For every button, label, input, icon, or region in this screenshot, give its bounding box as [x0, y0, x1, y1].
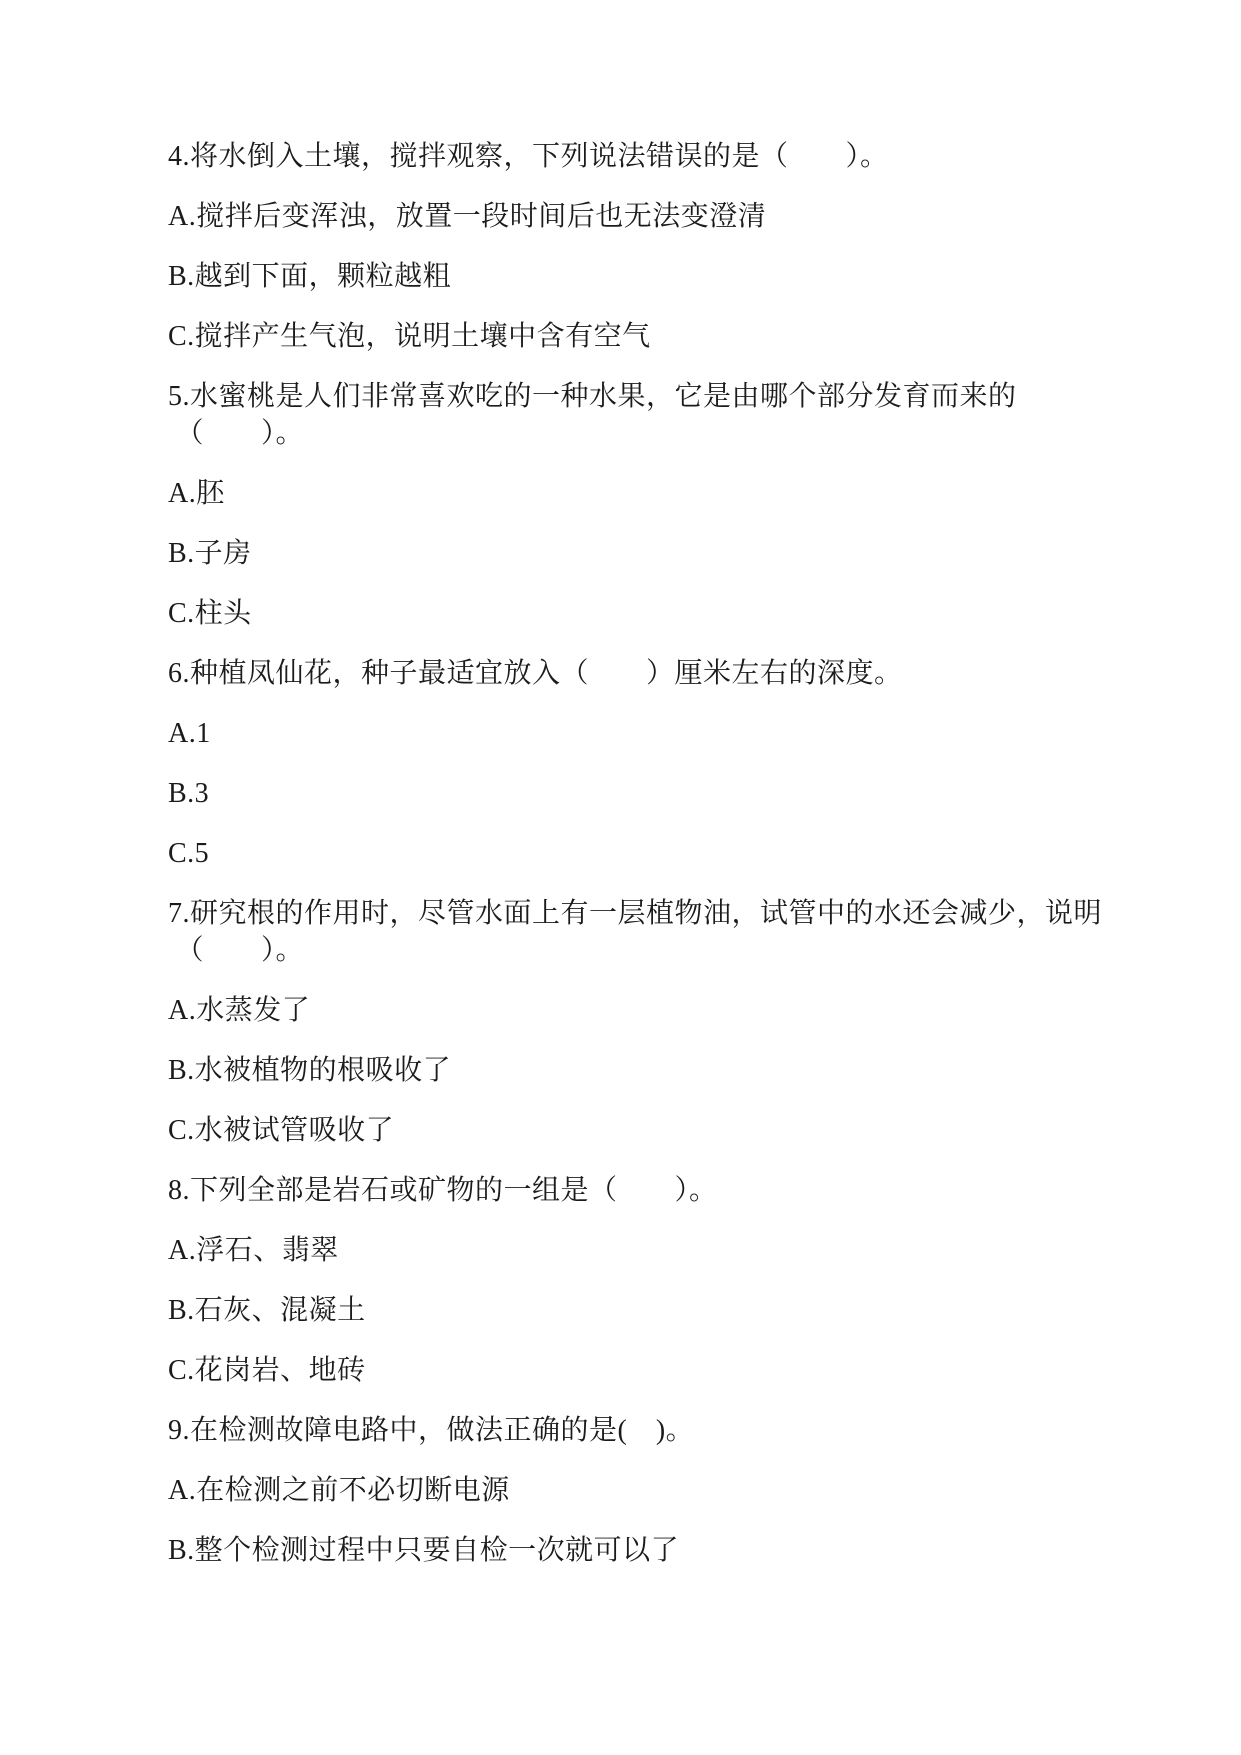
question-5-text: 5.水蜜桃是人们非常喜欢吃的一种水果，它是由哪个部分发育而来的 （ ）。: [168, 378, 1121, 452]
question-4-option-c: C.搅拌产生气泡，说明土壤中含有空气: [168, 318, 1121, 355]
question-4-option-b: B.越到下面，颗粒越粗: [168, 258, 1121, 295]
question-5-option-a: A.胚: [168, 475, 1121, 512]
question-8-option-b: B.石灰、混凝土: [168, 1292, 1121, 1329]
question-8-text: 8.下列全部是岩石或矿物的一组是（ ）。: [168, 1172, 1121, 1209]
question-9: 9.在检测故障电路中，做法正确的是( )。 A.在检测之前不必切断电源 B.整个…: [168, 1412, 1121, 1569]
question-5: 5.水蜜桃是人们非常喜欢吃的一种水果，它是由哪个部分发育而来的 （ ）。 A.胚…: [168, 378, 1121, 632]
question-7-option-c: C.水被试管吸收了: [168, 1112, 1121, 1149]
question-8: 8.下列全部是岩石或矿物的一组是（ ）。 A.浮石、翡翠 B.石灰、混凝土 C.…: [168, 1172, 1121, 1389]
question-6-text: 6.种植凤仙花，种子最适宜放入（ ）厘米左右的深度。: [168, 655, 1121, 692]
question-8-option-a: A.浮石、翡翠: [168, 1232, 1121, 1269]
question-6-option-a: A.1: [168, 715, 1121, 752]
question-5-option-c: C.柱头: [168, 595, 1121, 632]
question-7: 7.研究根的作用时，尽管水面上有一层植物油，试管中的水还会减少，说明 （ ）。 …: [168, 895, 1121, 1149]
question-9-option-a: A.在检测之前不必切断电源: [168, 1472, 1121, 1509]
question-4-text: 4.将水倒入土壤，搅拌观察，下列说法错误的是（ ）。: [168, 138, 1121, 175]
question-7-option-b: B.水被植物的根吸收了: [168, 1052, 1121, 1089]
question-6-option-b: B.3: [168, 775, 1121, 812]
document-page: 4.将水倒入土壤，搅拌观察，下列说法错误的是（ ）。 A.搅拌后变浑浊，放置一段…: [0, 0, 1241, 1755]
question-8-option-c: C.花岗岩、地砖: [168, 1352, 1121, 1389]
question-5-option-b: B.子房: [168, 535, 1121, 572]
question-9-option-b: B.整个检测过程中只要自检一次就可以了: [168, 1532, 1121, 1569]
question-9-text: 9.在检测故障电路中，做法正确的是( )。: [168, 1412, 1121, 1449]
question-6: 6.种植凤仙花，种子最适宜放入（ ）厘米左右的深度。 A.1 B.3 C.5: [168, 655, 1121, 872]
question-4-option-a: A.搅拌后变浑浊，放置一段时间后也无法变澄清: [168, 198, 1121, 235]
question-7-text: 7.研究根的作用时，尽管水面上有一层植物油，试管中的水还会减少，说明 （ ）。: [168, 895, 1121, 969]
question-6-option-c: C.5: [168, 835, 1121, 872]
question-7-option-a: A.水蒸发了: [168, 992, 1121, 1029]
question-4: 4.将水倒入土壤，搅拌观察，下列说法错误的是（ ）。 A.搅拌后变浑浊，放置一段…: [168, 138, 1121, 355]
